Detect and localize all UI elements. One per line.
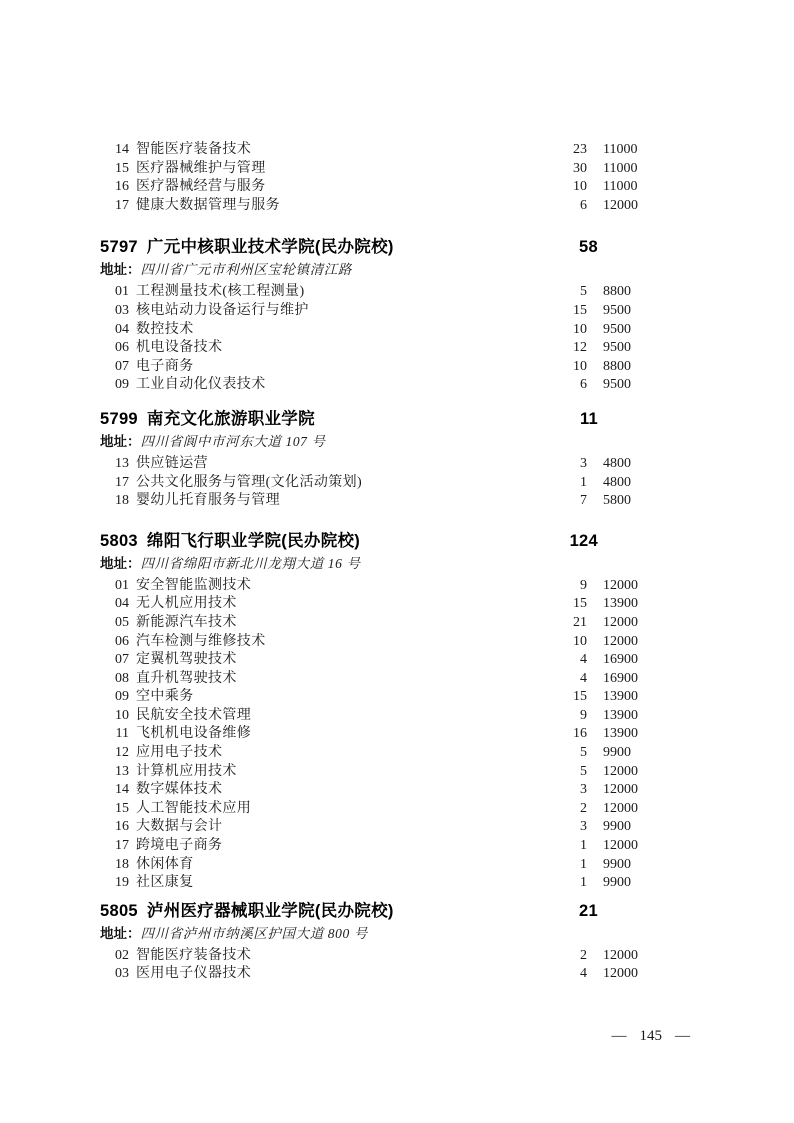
address-row: 地址：四川省广元市利州区宝轮镇清江路 [100, 261, 650, 278]
program-name: 飞机机电设备维修 [136, 725, 527, 744]
address-text: 四川省绵阳市新北川龙翔大道 16 号 [141, 556, 361, 571]
school-header-row: 5799南充文化旅游职业学院11 [100, 408, 650, 431]
program-code: 17 [100, 197, 129, 216]
program-list: 01工程测量技术(核工程测量)5880003核电站动力设备运行与维护159500… [100, 283, 650, 395]
program-code: 17 [100, 837, 129, 856]
header-spacer [598, 408, 650, 431]
program-row: 17跨境电子商务112000 [100, 837, 650, 856]
program-name: 民航安全技术管理 [136, 707, 527, 726]
program-name: 工业自动化仪表技术 [136, 376, 527, 395]
program-count: 5 [527, 763, 587, 782]
program-code: 09 [100, 688, 129, 707]
footer-left-dash: — [612, 1028, 627, 1045]
program-code: 13 [100, 763, 129, 782]
program-fee: 9900 [587, 856, 650, 875]
program-fee: 12000 [587, 800, 650, 819]
program-name: 核电站动力设备运行与维护 [136, 302, 527, 321]
school-code: 5805 [100, 900, 138, 923]
program-code: 07 [100, 358, 129, 377]
program-name: 跨境电子商务 [136, 837, 527, 856]
program-row: 06机电设备技术129500 [100, 339, 650, 358]
program-fee: 11000 [587, 178, 650, 197]
program-name: 工程测量技术(核工程测量) [136, 283, 527, 302]
program-count: 1 [527, 474, 587, 493]
program-fee: 12000 [587, 577, 650, 596]
school-total-count: 21 [538, 900, 598, 923]
program-name: 安全智能监测技术 [136, 577, 527, 596]
program-code: 01 [100, 283, 129, 302]
school-header-row: 5805泸州医疗器械职业学院(民办院校)21 [100, 900, 650, 923]
header-spacer [598, 900, 650, 923]
program-code: 06 [100, 339, 129, 358]
address-label: 地址： [100, 926, 141, 941]
program-fee: 11000 [587, 160, 650, 179]
program-code: 14 [100, 781, 129, 800]
program-code: 18 [100, 856, 129, 875]
program-count: 3 [527, 455, 587, 474]
address-label: 地址： [100, 434, 141, 449]
school-total-count: 124 [538, 530, 598, 553]
program-name: 智能医疗装备技术 [136, 947, 527, 966]
school-code: 5797 [100, 236, 138, 259]
program-fee: 16900 [587, 651, 650, 670]
program-row: 01安全智能监测技术912000 [100, 577, 650, 596]
program-name: 健康大数据管理与服务 [136, 197, 527, 216]
program-count: 1 [527, 856, 587, 875]
program-fee: 4800 [587, 455, 650, 474]
program-fee: 8800 [587, 358, 650, 377]
program-code: 03 [100, 302, 129, 321]
program-code: 09 [100, 376, 129, 395]
program-row: 08直升机驾驶技术416900 [100, 670, 650, 689]
school-header-row: 5797广元中核职业技术学院(民办院校)58 [100, 236, 650, 259]
program-name: 直升机驾驶技术 [136, 670, 527, 689]
school-code: 5803 [100, 530, 138, 553]
program-fee: 9900 [587, 874, 650, 893]
program-name: 人工智能技术应用 [136, 800, 527, 819]
program-code: 08 [100, 670, 129, 689]
program-count: 21 [527, 614, 587, 633]
program-name: 供应链运营 [136, 455, 527, 474]
program-row: 03核电站动力设备运行与维护159500 [100, 302, 650, 321]
program-fee: 12000 [587, 965, 650, 984]
program-row: 15医疗器械维护与管理3011000 [100, 160, 650, 179]
program-count: 1 [527, 837, 587, 856]
program-row: 18休闲体育19900 [100, 856, 650, 875]
program-name: 应用电子技术 [136, 744, 527, 763]
program-count: 9 [527, 707, 587, 726]
program-count: 1 [527, 874, 587, 893]
program-name: 医疗器械维护与管理 [136, 160, 527, 179]
program-fee: 5800 [587, 492, 650, 511]
program-row: 10民航安全技术管理913900 [100, 707, 650, 726]
program-fee: 12000 [587, 781, 650, 800]
program-row: 02智能医疗装备技术212000 [100, 947, 650, 966]
address-text: 四川省泸州市纳溪区护国大道 800 号 [141, 926, 368, 941]
program-row: 01工程测量技术(核工程测量)58800 [100, 283, 650, 302]
program-count: 9 [527, 577, 587, 596]
program-row: 05新能源汽车技术2112000 [100, 614, 650, 633]
continuation-program-list: 14智能医疗装备技术231100015医疗器械维护与管理301100016医疗器… [100, 141, 650, 215]
school-total-count: 11 [538, 408, 598, 431]
program-count: 15 [527, 595, 587, 614]
program-fee: 11000 [587, 141, 650, 160]
school-section: 5805泸州医疗器械职业学院(民办院校)21地址：四川省泸州市纳溪区护国大道 8… [100, 900, 650, 984]
school-name: 广元中核职业技术学院(民办院校) [147, 236, 538, 259]
program-code: 15 [100, 800, 129, 819]
address-text: 四川省广元市利州区宝轮镇清江路 [141, 262, 353, 277]
program-name: 休闲体育 [136, 856, 527, 875]
program-row: 13供应链运营34800 [100, 455, 650, 474]
program-row: 17公共文化服务与管理(文化活动策划)14800 [100, 474, 650, 493]
address-row: 地址：四川省绵阳市新北川龙翔大道 16 号 [100, 555, 650, 572]
program-count: 16 [527, 725, 587, 744]
program-count: 2 [527, 947, 587, 966]
program-code: 18 [100, 492, 129, 511]
program-code: 15 [100, 160, 129, 179]
program-count: 4 [527, 651, 587, 670]
school-sections: 5797广元中核职业技术学院(民办院校)58地址：四川省广元市利州区宝轮镇清江路… [100, 236, 650, 984]
program-fee: 9500 [587, 376, 650, 395]
program-count: 2 [527, 800, 587, 819]
program-name: 无人机应用技术 [136, 595, 527, 614]
program-name: 机电设备技术 [136, 339, 527, 358]
program-fee: 9500 [587, 302, 650, 321]
school-section: 5799南充文化旅游职业学院11地址：四川省阆中市河东大道 107 号13供应链… [100, 408, 650, 511]
footer-page-number: 145 [640, 1028, 663, 1045]
program-name: 定翼机驾驶技术 [136, 651, 527, 670]
program-code: 07 [100, 651, 129, 670]
program-row: 15人工智能技术应用212000 [100, 800, 650, 819]
program-count: 23 [527, 141, 587, 160]
program-row: 13计算机应用技术512000 [100, 763, 650, 782]
header-spacer [598, 236, 650, 259]
program-count: 12 [527, 339, 587, 358]
program-fee: 8800 [587, 283, 650, 302]
address-text: 四川省阆中市河东大道 107 号 [141, 434, 326, 449]
program-row: 03医用电子仪器技术412000 [100, 965, 650, 984]
program-row: 11飞机机电设备维修1613900 [100, 725, 650, 744]
program-name: 婴幼儿托育服务与管理 [136, 492, 527, 511]
program-code: 17 [100, 474, 129, 493]
program-count: 5 [527, 744, 587, 763]
program-fee: 12000 [587, 763, 650, 782]
program-code: 03 [100, 965, 129, 984]
program-code: 13 [100, 455, 129, 474]
program-code: 06 [100, 633, 129, 652]
program-row: 16大数据与会计39900 [100, 818, 650, 837]
program-code: 04 [100, 321, 129, 340]
program-code: 12 [100, 744, 129, 763]
program-fee: 16900 [587, 670, 650, 689]
program-code: 16 [100, 818, 129, 837]
program-code: 01 [100, 577, 129, 596]
program-count: 4 [527, 965, 587, 984]
address-row: 地址：四川省泸州市纳溪区护国大道 800 号 [100, 925, 650, 942]
school-name: 泸州医疗器械职业学院(民办院校) [147, 900, 538, 923]
program-row: 09空中乘务1513900 [100, 688, 650, 707]
school-name: 南充文化旅游职业学院 [147, 408, 538, 431]
document-page: 14智能医疗装备技术231100015医疗器械维护与管理301100016医疗器… [0, 0, 794, 1123]
address-label: 地址： [100, 556, 141, 571]
program-fee: 13900 [587, 707, 650, 726]
program-count: 6 [527, 376, 587, 395]
program-name: 计算机应用技术 [136, 763, 527, 782]
program-fee: 13900 [587, 595, 650, 614]
program-code: 02 [100, 947, 129, 966]
program-fee: 12000 [587, 633, 650, 652]
program-fee: 9500 [587, 321, 650, 340]
program-count: 10 [527, 178, 587, 197]
content-area: 14智能医疗装备技术231100015医疗器械维护与管理301100016医疗器… [100, 141, 650, 984]
program-code: 05 [100, 614, 129, 633]
address-row: 地址：四川省阆中市河东大道 107 号 [100, 433, 650, 450]
program-count: 30 [527, 160, 587, 179]
program-row: 14数字媒体技术312000 [100, 781, 650, 800]
program-name: 电子商务 [136, 358, 527, 377]
program-name: 医疗器械经营与服务 [136, 178, 527, 197]
program-code: 19 [100, 874, 129, 893]
school-header-row: 5803绵阳飞行职业学院(民办院校)124 [100, 530, 650, 553]
program-fee: 13900 [587, 688, 650, 707]
program-name: 智能医疗装备技术 [136, 141, 527, 160]
program-count: 10 [527, 358, 587, 377]
program-name: 大数据与会计 [136, 818, 527, 837]
program-fee: 9900 [587, 818, 650, 837]
program-code: 11 [100, 725, 129, 744]
program-count: 4 [527, 670, 587, 689]
program-name: 公共文化服务与管理(文化活动策划) [136, 474, 527, 493]
address-label: 地址： [100, 262, 141, 277]
program-row: 17健康大数据管理与服务612000 [100, 197, 650, 216]
program-count: 7 [527, 492, 587, 511]
program-fee: 9500 [587, 339, 650, 358]
program-count: 3 [527, 818, 587, 837]
program-count: 3 [527, 781, 587, 800]
program-name: 汽车检测与维修技术 [136, 633, 527, 652]
program-name: 新能源汽车技术 [136, 614, 527, 633]
program-row: 12应用电子技术59900 [100, 744, 650, 763]
program-count: 5 [527, 283, 587, 302]
program-fee: 12000 [587, 614, 650, 633]
program-count: 10 [527, 321, 587, 340]
program-name: 数控技术 [136, 321, 527, 340]
program-fee: 9900 [587, 744, 650, 763]
program-count: 15 [527, 302, 587, 321]
program-count: 15 [527, 688, 587, 707]
program-row: 14智能医疗装备技术2311000 [100, 141, 650, 160]
school-section: 5797广元中核职业技术学院(民办院校)58地址：四川省广元市利州区宝轮镇清江路… [100, 236, 650, 395]
program-row: 16医疗器械经营与服务1011000 [100, 178, 650, 197]
program-list: 02智能医疗装备技术21200003医用电子仪器技术412000 [100, 947, 650, 984]
program-row: 04无人机应用技术1513900 [100, 595, 650, 614]
program-row: 19社区康复19900 [100, 874, 650, 893]
program-code: 04 [100, 595, 129, 614]
program-row: 04数控技术109500 [100, 321, 650, 340]
school-name: 绵阳飞行职业学院(民办院校) [147, 530, 538, 553]
program-name: 医用电子仪器技术 [136, 965, 527, 984]
page-footer: — 145 — [612, 1028, 691, 1045]
program-fee: 4800 [587, 474, 650, 493]
program-fee: 12000 [587, 947, 650, 966]
program-row: 06汽车检测与维修技术1012000 [100, 633, 650, 652]
program-name: 空中乘务 [136, 688, 527, 707]
program-list: 01安全智能监测技术91200004无人机应用技术151390005新能源汽车技… [100, 577, 650, 893]
program-count: 6 [527, 197, 587, 216]
header-spacer [598, 530, 650, 553]
program-code: 14 [100, 141, 129, 160]
program-name: 社区康复 [136, 874, 527, 893]
program-count: 10 [527, 633, 587, 652]
program-code: 10 [100, 707, 129, 726]
school-code: 5799 [100, 408, 138, 431]
program-row: 07电子商务108800 [100, 358, 650, 377]
program-code: 16 [100, 178, 129, 197]
school-total-count: 58 [538, 236, 598, 259]
program-list: 13供应链运营3480017公共文化服务与管理(文化活动策划)1480018婴幼… [100, 455, 650, 511]
footer-right-dash: — [675, 1028, 690, 1045]
program-fee: 12000 [587, 837, 650, 856]
program-name: 数字媒体技术 [136, 781, 527, 800]
program-row: 09工业自动化仪表技术69500 [100, 376, 650, 395]
program-row: 07定翼机驾驶技术416900 [100, 651, 650, 670]
program-row: 18婴幼儿托育服务与管理75800 [100, 492, 650, 511]
program-fee: 12000 [587, 197, 650, 216]
school-section: 5803绵阳飞行职业学院(民办院校)124地址：四川省绵阳市新北川龙翔大道 16… [100, 530, 650, 893]
program-fee: 13900 [587, 725, 650, 744]
